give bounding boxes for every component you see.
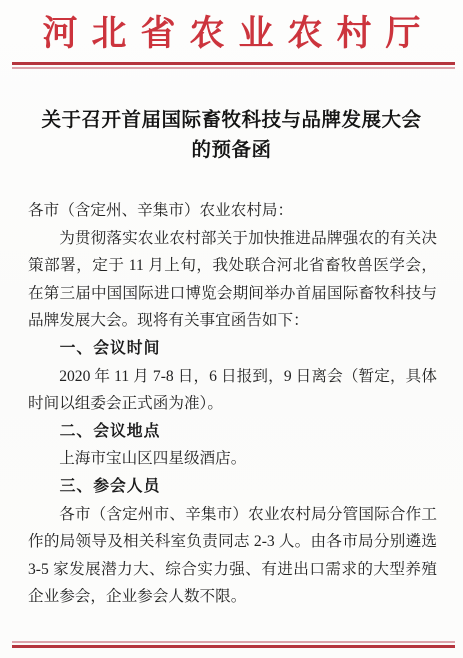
document-title-line2: 的预备函: [0, 136, 463, 166]
section-heading-attendees: 三、参会人员: [28, 473, 437, 501]
section-heading-meeting-time: 一、会议时间: [28, 335, 437, 363]
header-divider: [12, 62, 455, 69]
paragraph-intro: 为贯彻落实农业农村部关于加快推进品牌强农的有关决策部署，定于 11 月上旬，我处…: [28, 225, 437, 335]
letterhead: 河北省农业农村厅: [0, 0, 463, 69]
salutation: 各市（含定州、辛集市）农业农村局：: [28, 197, 437, 225]
document-title-line1: 关于召开首届国际畜牧科技与品牌发展大会: [0, 106, 463, 136]
agency-name: 河北省农业农村厅: [28, 11, 434, 57]
paragraph-meeting-location: 上海市宝山区四星级酒店。: [28, 445, 437, 473]
document-page: 河北省农业农村厅 关于召开首届国际畜牧科技与品牌发展大会 的预备函 各市（含定州…: [0, 0, 463, 658]
section-heading-meeting-location: 二、会议地点: [28, 418, 437, 446]
paragraph-attendees: 各市（含定州市、辛集市）农业农村局分管国际合作工作的局领导及相关科室负责同志 2…: [28, 501, 437, 611]
paragraph-meeting-time: 2020 年 11 月 7-8 日，6 日报到，9 日离会（暂定，具体时间以组委…: [28, 363, 437, 418]
document-body: 各市（含定州、辛集市）农业农村局： 为贯彻落实农业农村部关于加快推进品牌强农的有…: [28, 197, 437, 611]
footer-divider: [12, 641, 455, 648]
document-title: 关于召开首届国际畜牧科技与品牌发展大会 的预备函: [0, 106, 463, 166]
